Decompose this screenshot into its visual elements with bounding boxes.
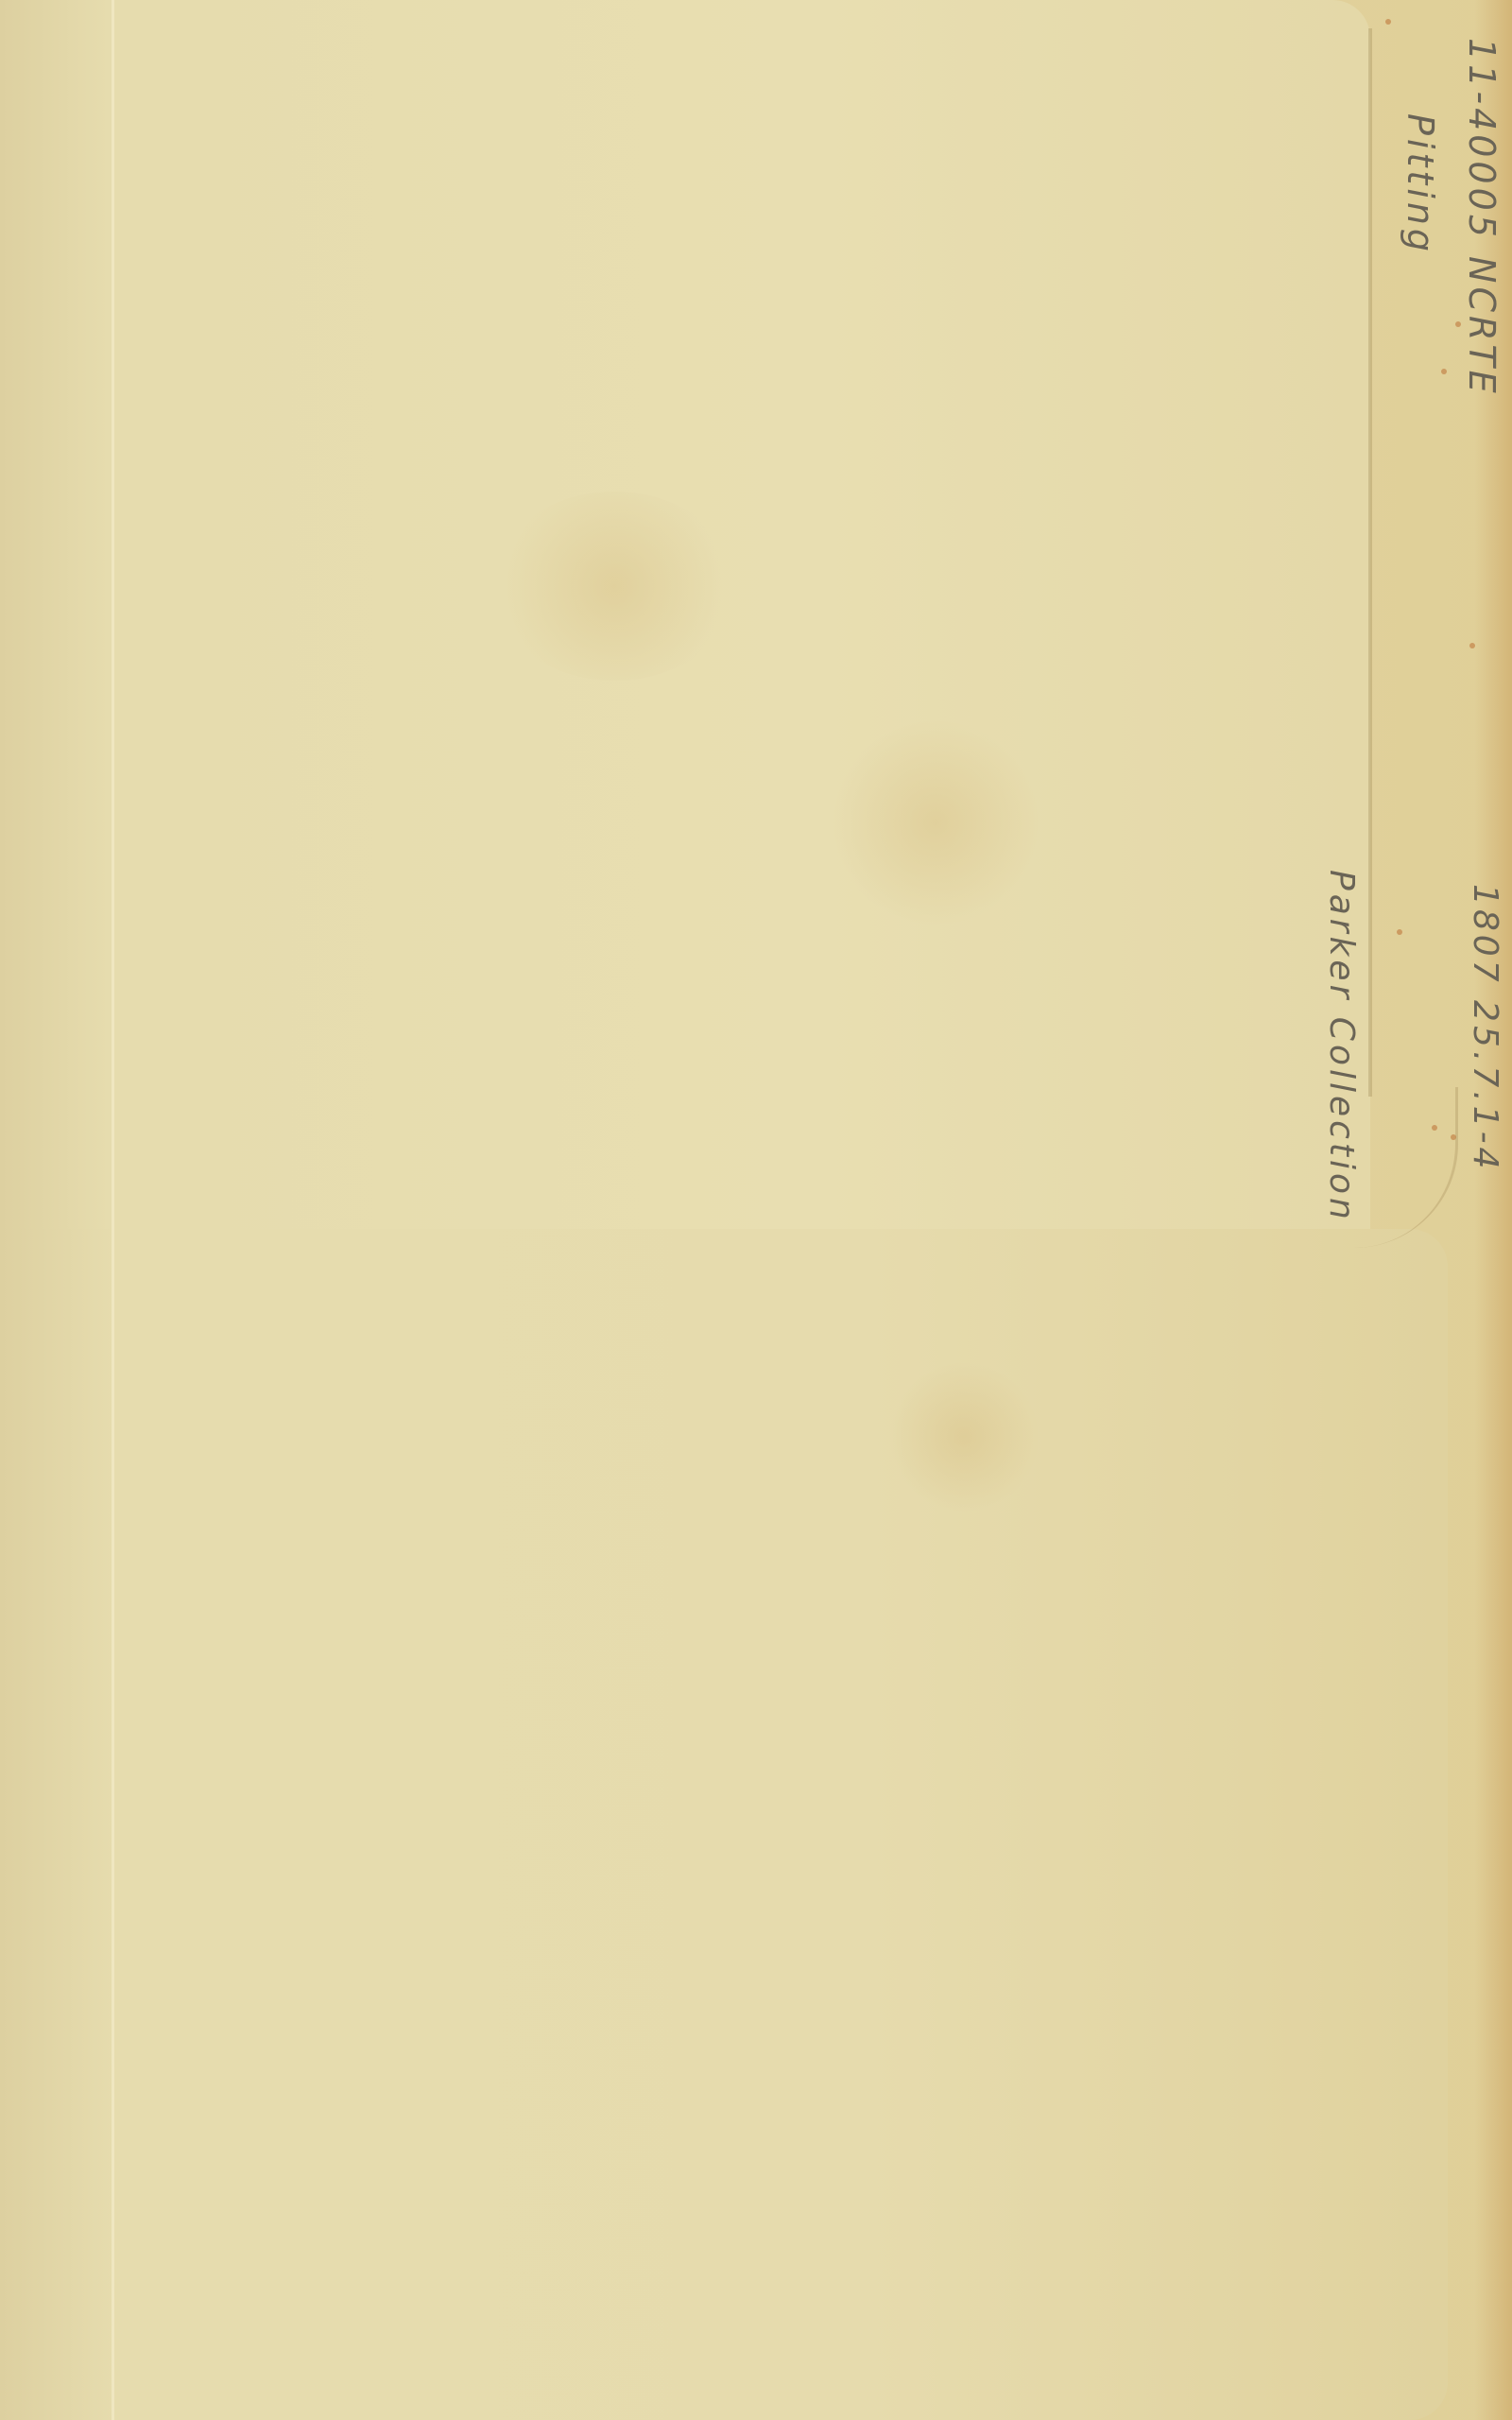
front-folder-lower: [0, 1229, 1448, 2420]
foxing-speck: [1451, 1134, 1456, 1140]
age-stain: [832, 718, 1039, 926]
tab-id-label: 11-40005 NCRTE: [1461, 38, 1503, 397]
collection-annotation: Parker Collection: [1322, 870, 1361, 1223]
foxing-speck: [1397, 929, 1402, 935]
foxing-speck: [1385, 19, 1391, 25]
foxing-speck: [1432, 1125, 1437, 1131]
tab-edge-shadow: [1368, 28, 1372, 1097]
fold-crease: [112, 0, 114, 2420]
tab-subject-label: Pitting: [1400, 113, 1441, 255]
foxing-speck: [1469, 643, 1475, 648]
accession-number: 1807 25.7.1-4: [1466, 884, 1504, 1172]
foxing-speck: [1441, 369, 1447, 374]
age-stain: [491, 492, 737, 681]
age-stain: [888, 1361, 1039, 1512]
